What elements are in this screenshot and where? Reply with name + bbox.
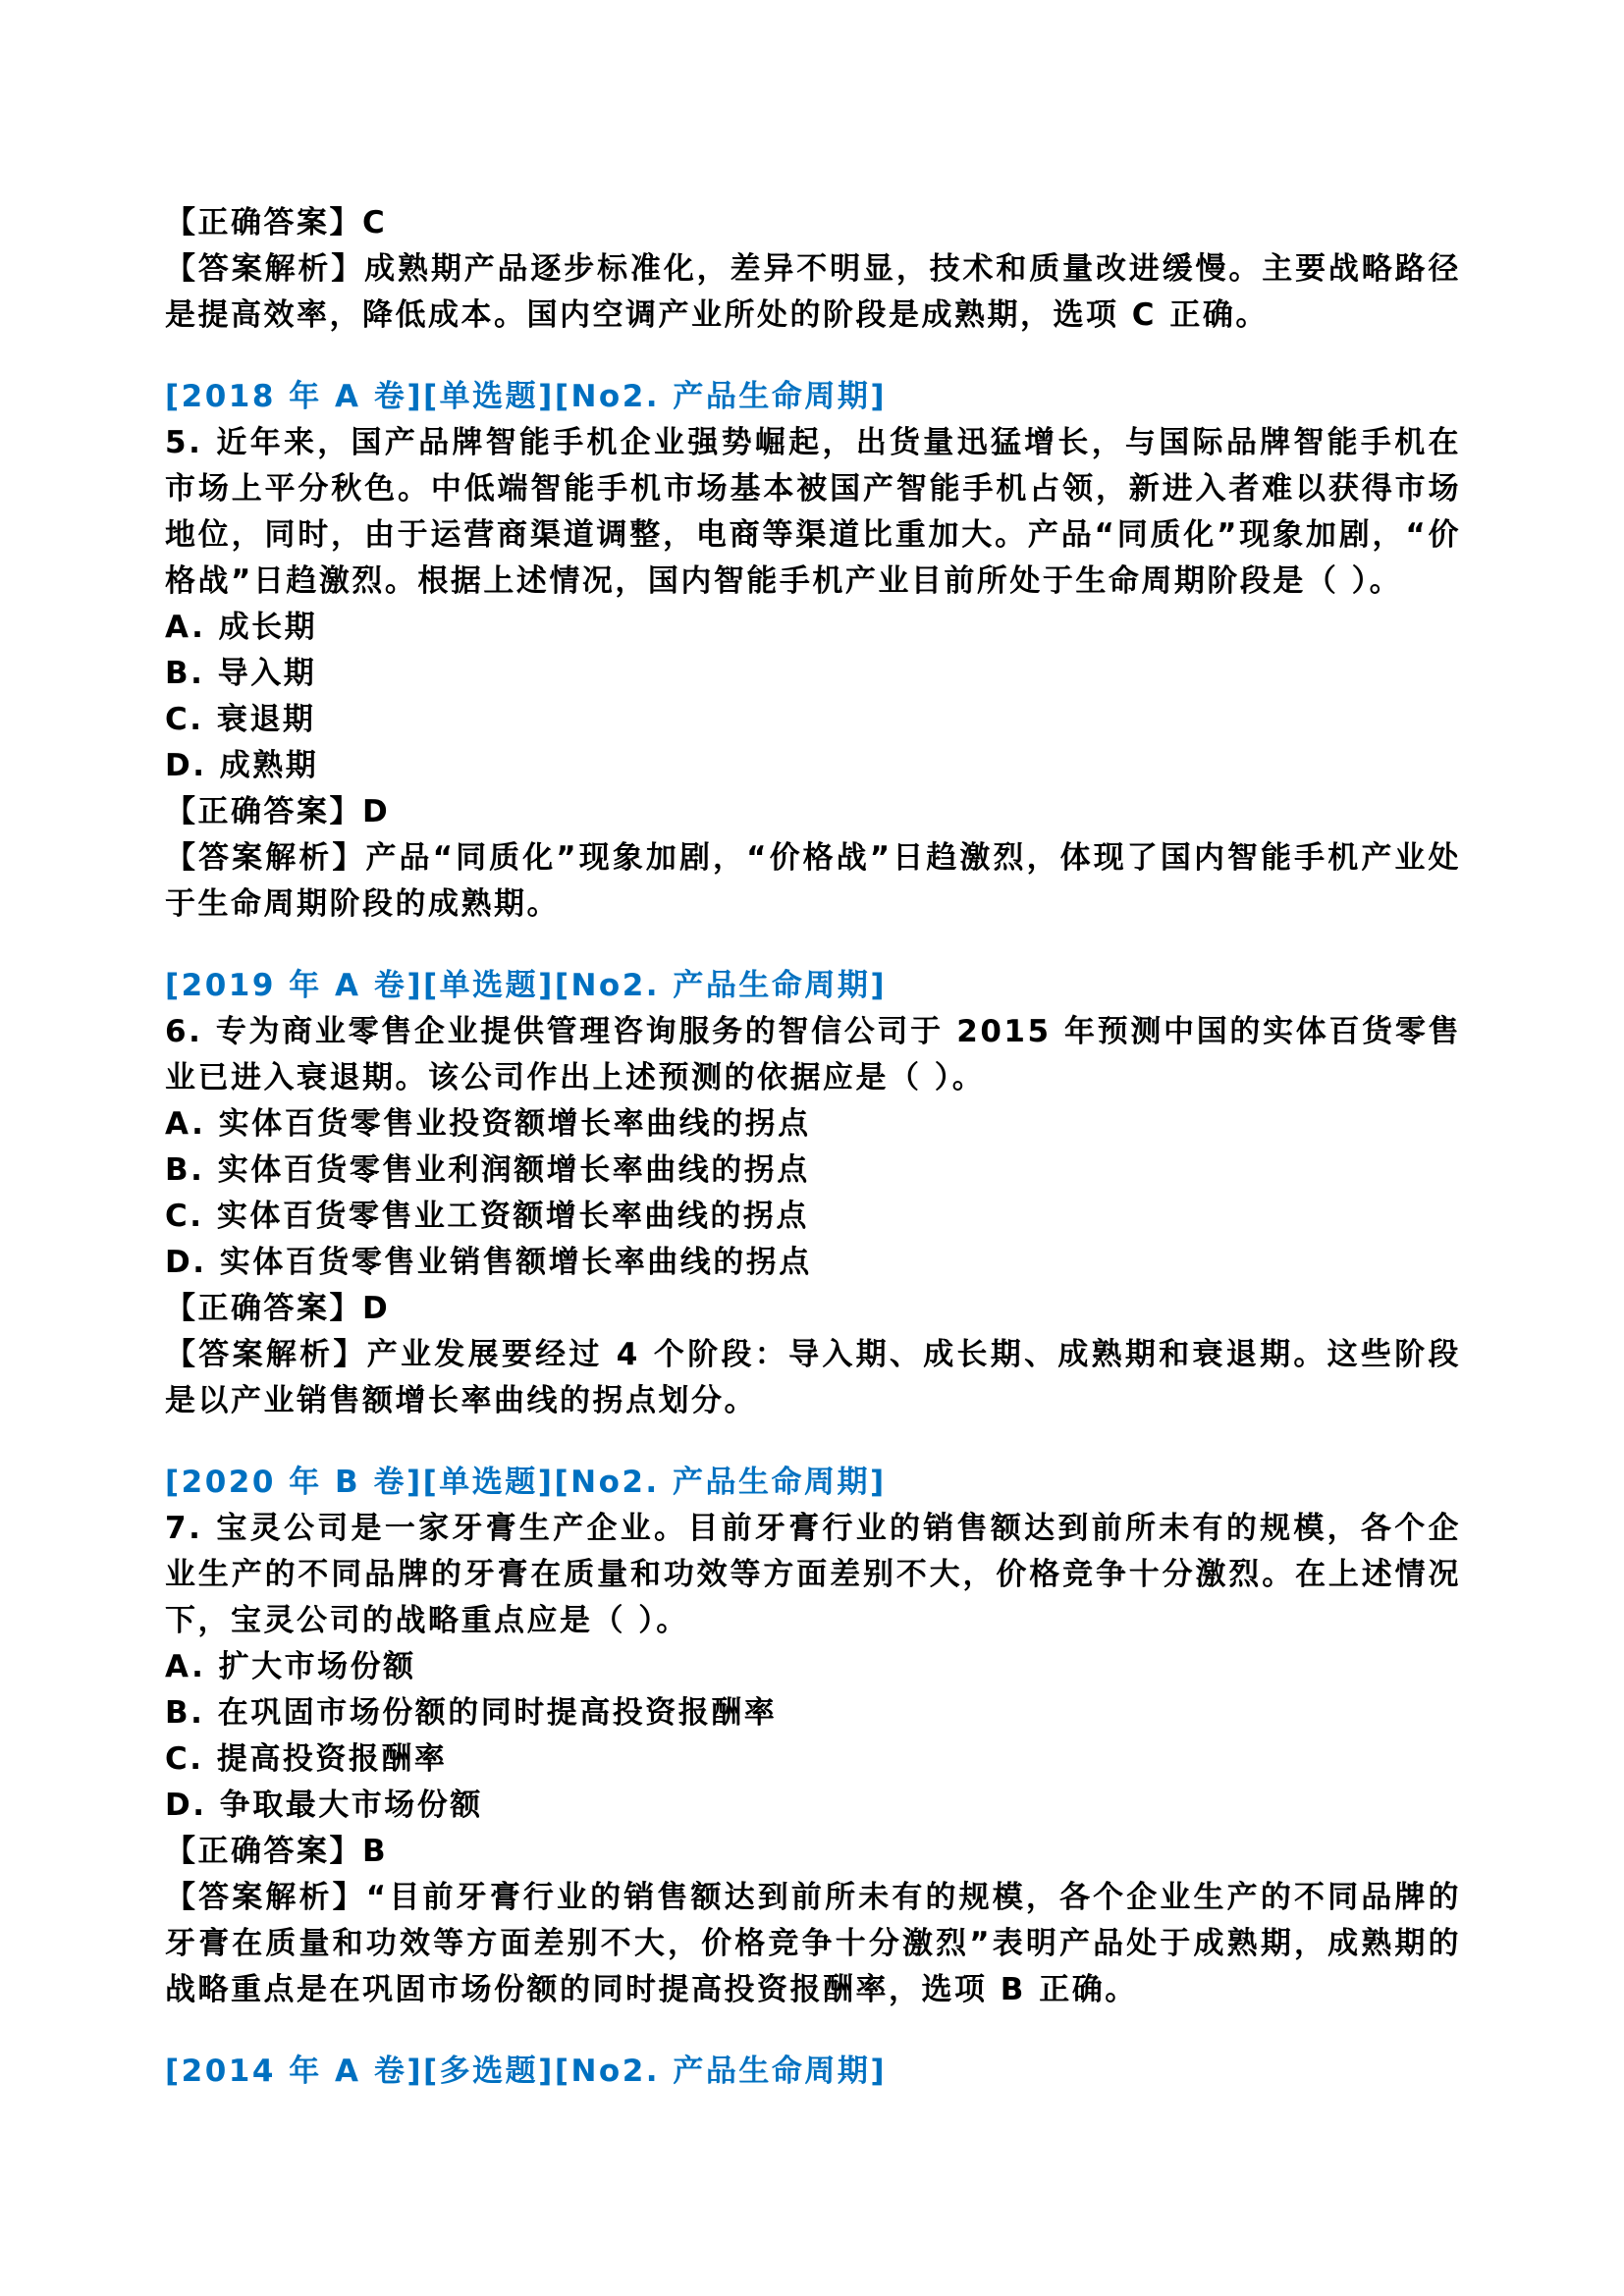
- option-line: B. 在巩固市场份额的同时提高投资报酬率: [165, 1690, 1461, 1736]
- option-line: B. 导入期: [165, 651, 1461, 697]
- option-line: C. 提高投资报酬率: [165, 1736, 1461, 1783]
- option-line: C. 衰退期: [165, 697, 1461, 743]
- option-line: B. 实体百货零售业利润额增长率曲线的拐点: [165, 1148, 1461, 1194]
- answer-analysis: 【答案解析】产品“同质化”现象加剧，“价格战”日趋激烈，体现了国内智能手机产业处…: [165, 835, 1461, 928]
- option-line: A. 实体百货零售业投资额增长率曲线的拐点: [165, 1101, 1461, 1148]
- answer-analysis: 【答案解析】“目前牙膏行业的销售额达到前所未有的规模，各个企业生产的不同品牌的牙…: [165, 1875, 1461, 2013]
- answer-analysis: 【答案解析】成熟期产品逐步标准化，差异不明显，技术和质量改进缓慢。主要战略路径是…: [165, 246, 1461, 339]
- option-line: A. 成长期: [165, 605, 1461, 651]
- option-line: D. 争取最大市场份额: [165, 1783, 1461, 1829]
- answer-analysis: 【答案解析】产业发展要经过 4 个阶段：导入期、成长期、成熟期和衰退期。这些阶段…: [165, 1332, 1461, 1424]
- question-tag: [2019 年 A 卷][单选题][No2. 产品生命周期]: [165, 963, 1461, 1009]
- option-line: A. 扩大市场份额: [165, 1644, 1461, 1690]
- question-stem: 5. 近年来，国产品牌智能手机企业强势崛起，出货量迅猛增长，与国际品牌智能手机在…: [165, 420, 1461, 605]
- document-page: 【正确答案】C 【答案解析】成熟期产品逐步标准化，差异不明显，技术和质量改进缓慢…: [0, 0, 1624, 2296]
- option-line: D. 成熟期: [165, 743, 1461, 789]
- option-line: D. 实体百货零售业销售额增长率曲线的拐点: [165, 1240, 1461, 1286]
- correct-answer-line: 【正确答案】B: [165, 1829, 1461, 1875]
- next-question-tag: [2014 年 A 卷][多选题][No2. 产品生命周期]: [165, 2049, 1461, 2095]
- question-stem: 7. 宝灵公司是一家牙膏生产企业。目前牙膏行业的销售额达到前所未有的规模，各个企…: [165, 1506, 1461, 1644]
- correct-answer-line: 【正确答案】D: [165, 1286, 1461, 1332]
- question-tag: [2018 年 A 卷][单选题][No2. 产品生命周期]: [165, 374, 1461, 420]
- option-line: C. 实体百货零售业工资额增长率曲线的拐点: [165, 1194, 1461, 1240]
- correct-answer-line: 【正确答案】D: [165, 789, 1461, 835]
- question-stem: 6. 专为商业零售企业提供管理咨询服务的智信公司于 2015 年预测中国的实体百…: [165, 1009, 1461, 1101]
- question-tag: [2020 年 B 卷][单选题][No2. 产品生命周期]: [165, 1460, 1461, 1506]
- page-content: 【正确答案】C 【答案解析】成熟期产品逐步标准化，差异不明显，技术和质量改进缓慢…: [165, 200, 1461, 2095]
- correct-answer-line: 【正确答案】C: [165, 200, 1461, 246]
